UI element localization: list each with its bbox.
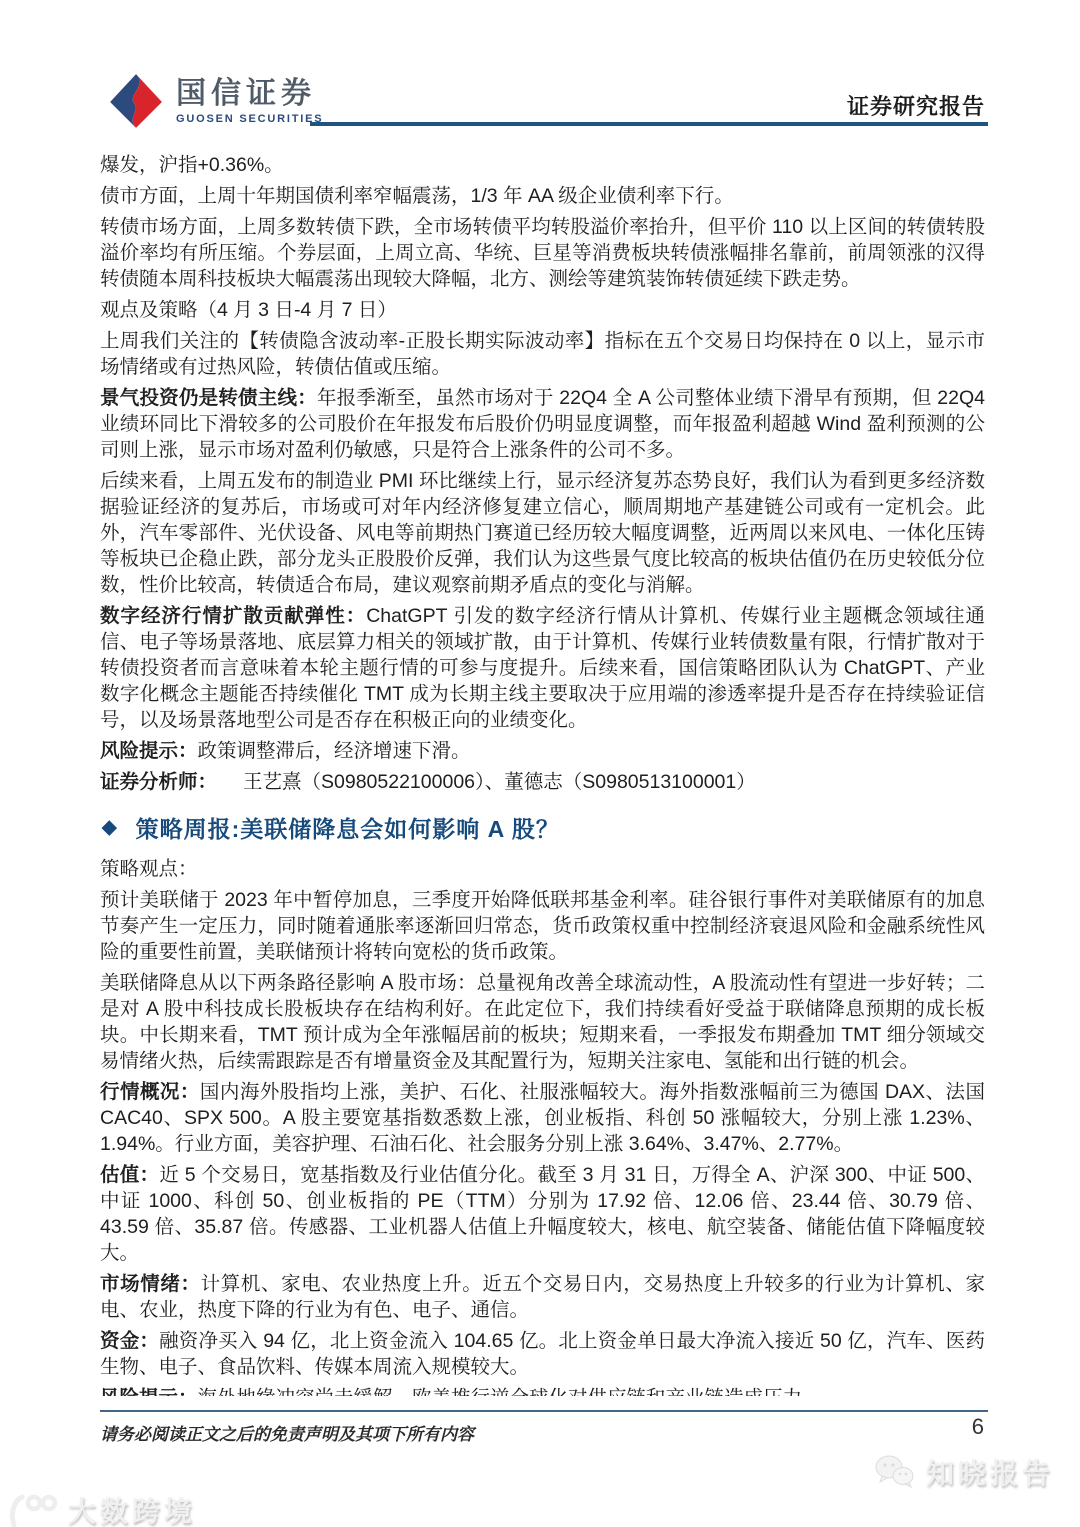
paragraph-lead: 资金： <box>100 1330 159 1352</box>
dashu-logo-icon <box>8 1493 58 1527</box>
paragraph-text: 债市方面，上周十年期国债利率窄幅震荡，1/3 年 AA 级企业债利率下行。 <box>100 185 734 207</box>
paragraph: 爆发，沪指+0.36%。 <box>100 152 985 178</box>
paragraph-text: 政策调整滞后，经济增速下滑。 <box>198 740 471 762</box>
brand-text: 国信证券 GUOSEN SECURITIES <box>176 78 323 125</box>
paragraph-text: 近 5 个交易日，宽基指数及行业估值分化。截至 3 月 31 日，万得全 A、沪… <box>100 1164 985 1264</box>
paragraph: 后续来看，上周五发布的制造业 PMI 环比继续上行，显示经济复苏态势良好，我们认… <box>100 468 985 598</box>
paragraph-text: 国内海外股指均上涨，美护、石化、社服涨幅较大。海外指数涨幅前三为德国 DAX、法… <box>100 1081 985 1155</box>
paragraph: 转债市场方面，上周多数转债下跌，全市场转债平均转股溢价率抬升，但平价 110 以… <box>100 214 985 292</box>
report-header: 国信证券 GUOSEN SECURITIES 证券研究报告 <box>0 0 1080 140</box>
paragraph-text: 转债市场方面，上周多数转债下跌，全市场转债平均转股溢价率抬升，但平价 110 以… <box>100 216 985 290</box>
page-number: 6 <box>972 1414 984 1440</box>
paragraph: 观点及策略（4 月 3 日-4 月 7 日） <box>100 297 985 323</box>
paragraph-lead: 证券分析师： <box>100 771 217 793</box>
risk-note: 风险提示：政策调整滞后，经济增速下滑。 <box>100 738 985 764</box>
paragraph-text: 融资净买入 94 亿，北上资金流入 104.65 亿。北上资金单日最大净流入接近… <box>100 1330 985 1378</box>
paragraph: 上周我们关注的【转债隐含波动率-正股长期实际波动率】指标在五个交易日均保持在 0… <box>100 328 985 380</box>
watermark-dashu-kuajing: 大数跨境 <box>8 1490 196 1527</box>
paragraph: 估值：近 5 个交易日，宽基指数及行业估值分化。截至 3 月 31 日，万得全 … <box>100 1162 985 1266</box>
paragraph-text: 王艺熹（S0980522100006）、董德志（S0980513100001） <box>243 771 756 793</box>
paragraph: 预计美联储于 2023 年中暂停加息，三季度开始降低联邦基金利率。硅谷银行事件对… <box>100 887 985 965</box>
analyst-line: 证券分析师：王艺熹（S0980522100006）、董德志（S098051310… <box>100 769 985 795</box>
paragraph-text: 爆发，沪指+0.36%。 <box>100 154 284 176</box>
section-title: ◆ 策略周报:美联储降息会如何影响 A 股？ <box>102 811 985 844</box>
paragraph-lead: 估值： <box>100 1164 159 1186</box>
paragraph-text: 美联储降息从以下两条路径影响 A 股市场：总量视角改善全球流动性，A 股流动性有… <box>100 972 985 1072</box>
report-type-label: 证券研究报告 <box>847 90 985 121</box>
header-divider <box>310 122 988 126</box>
report-body: 爆发，沪指+0.36%。 债市方面，上周十年期国债利率窄幅震荡，1/3 年 AA… <box>100 152 985 1416</box>
paragraph-lead: 数字经济行情扩散贡献弹性： <box>100 605 366 627</box>
watermark-text: 知晓报告 <box>926 1452 1054 1492</box>
paragraph-text: 观点及策略（4 月 3 日-4 月 7 日） <box>100 299 397 321</box>
footer-disclaimer: 请务必阅读正文之后的免责声明及其项下所有内容 <box>100 1420 474 1445</box>
paragraph-text: 策略观点： <box>100 858 198 880</box>
paragraph: 策略观点： <box>100 856 985 882</box>
paragraph: 景气投资仍是转债主线：年报季渐至，虽然市场对于 22Q4 全 A 公司整体业绩下… <box>100 385 985 463</box>
section-title-text: 策略周报:美联储降息会如何影响 A 股？ <box>136 811 560 844</box>
paragraph: 债市方面，上周十年期国债利率窄幅震荡，1/3 年 AA 级企业债利率下行。 <box>100 183 985 209</box>
watermark-zhixiao-baogao: 知晓报告 <box>874 1452 1054 1492</box>
paragraph-lead: 景气投资仍是转债主线： <box>100 387 317 409</box>
wechat-icon <box>874 1454 916 1490</box>
brand-name-en: GUOSEN SECURITIES <box>176 113 323 125</box>
paragraph-lead: 风险提示： <box>100 740 198 762</box>
guosen-logo-icon <box>106 72 164 130</box>
paragraph-text: 后续来看，上周五发布的制造业 PMI 环比继续上行，显示经济复苏态势良好，我们认… <box>100 470 985 596</box>
paragraph-lead: 行情概况： <box>100 1081 200 1103</box>
paragraph-lead: 市场情绪： <box>100 1273 201 1295</box>
paragraph: 数字经济行情扩散贡献弹性：ChatGPT 引发的数字经济行情从计算机、传媒行业主… <box>100 603 985 733</box>
paragraph: 行情概况：国内海外股指均上涨，美护、石化、社服涨幅较大。海外指数涨幅前三为德国 … <box>100 1079 985 1157</box>
paragraph: 资金：融资净买入 94 亿，北上资金流入 104.65 亿。北上资金单日最大净流… <box>100 1328 985 1380</box>
footer-divider <box>100 1410 988 1412</box>
watermark-text: 大数跨境 <box>68 1490 196 1527</box>
paragraph: 市场情绪：计算机、家电、农业热度上升。近五个交易日内，交易热度上升较多的行业为计… <box>100 1271 985 1323</box>
diamond-bullet-icon: ◆ <box>102 816 118 839</box>
paragraph-text: 计算机、家电、农业热度上升。近五个交易日内，交易热度上升较多的行业为计算机、家电… <box>100 1273 985 1321</box>
guosen-logo: 国信证券 GUOSEN SECURITIES <box>106 72 323 130</box>
paragraph-text: 上周我们关注的【转债隐含波动率-正股长期实际波动率】指标在五个交易日均保持在 0… <box>100 330 985 378</box>
brand-name-cn: 国信证券 <box>176 78 323 110</box>
paragraph-text: 预计美联储于 2023 年中暂停加息，三季度开始降低联邦基金利率。硅谷银行事件对… <box>100 889 985 963</box>
paragraph: 美联储降息从以下两条路径影响 A 股市场：总量视角改善全球流动性，A 股流动性有… <box>100 970 985 1074</box>
